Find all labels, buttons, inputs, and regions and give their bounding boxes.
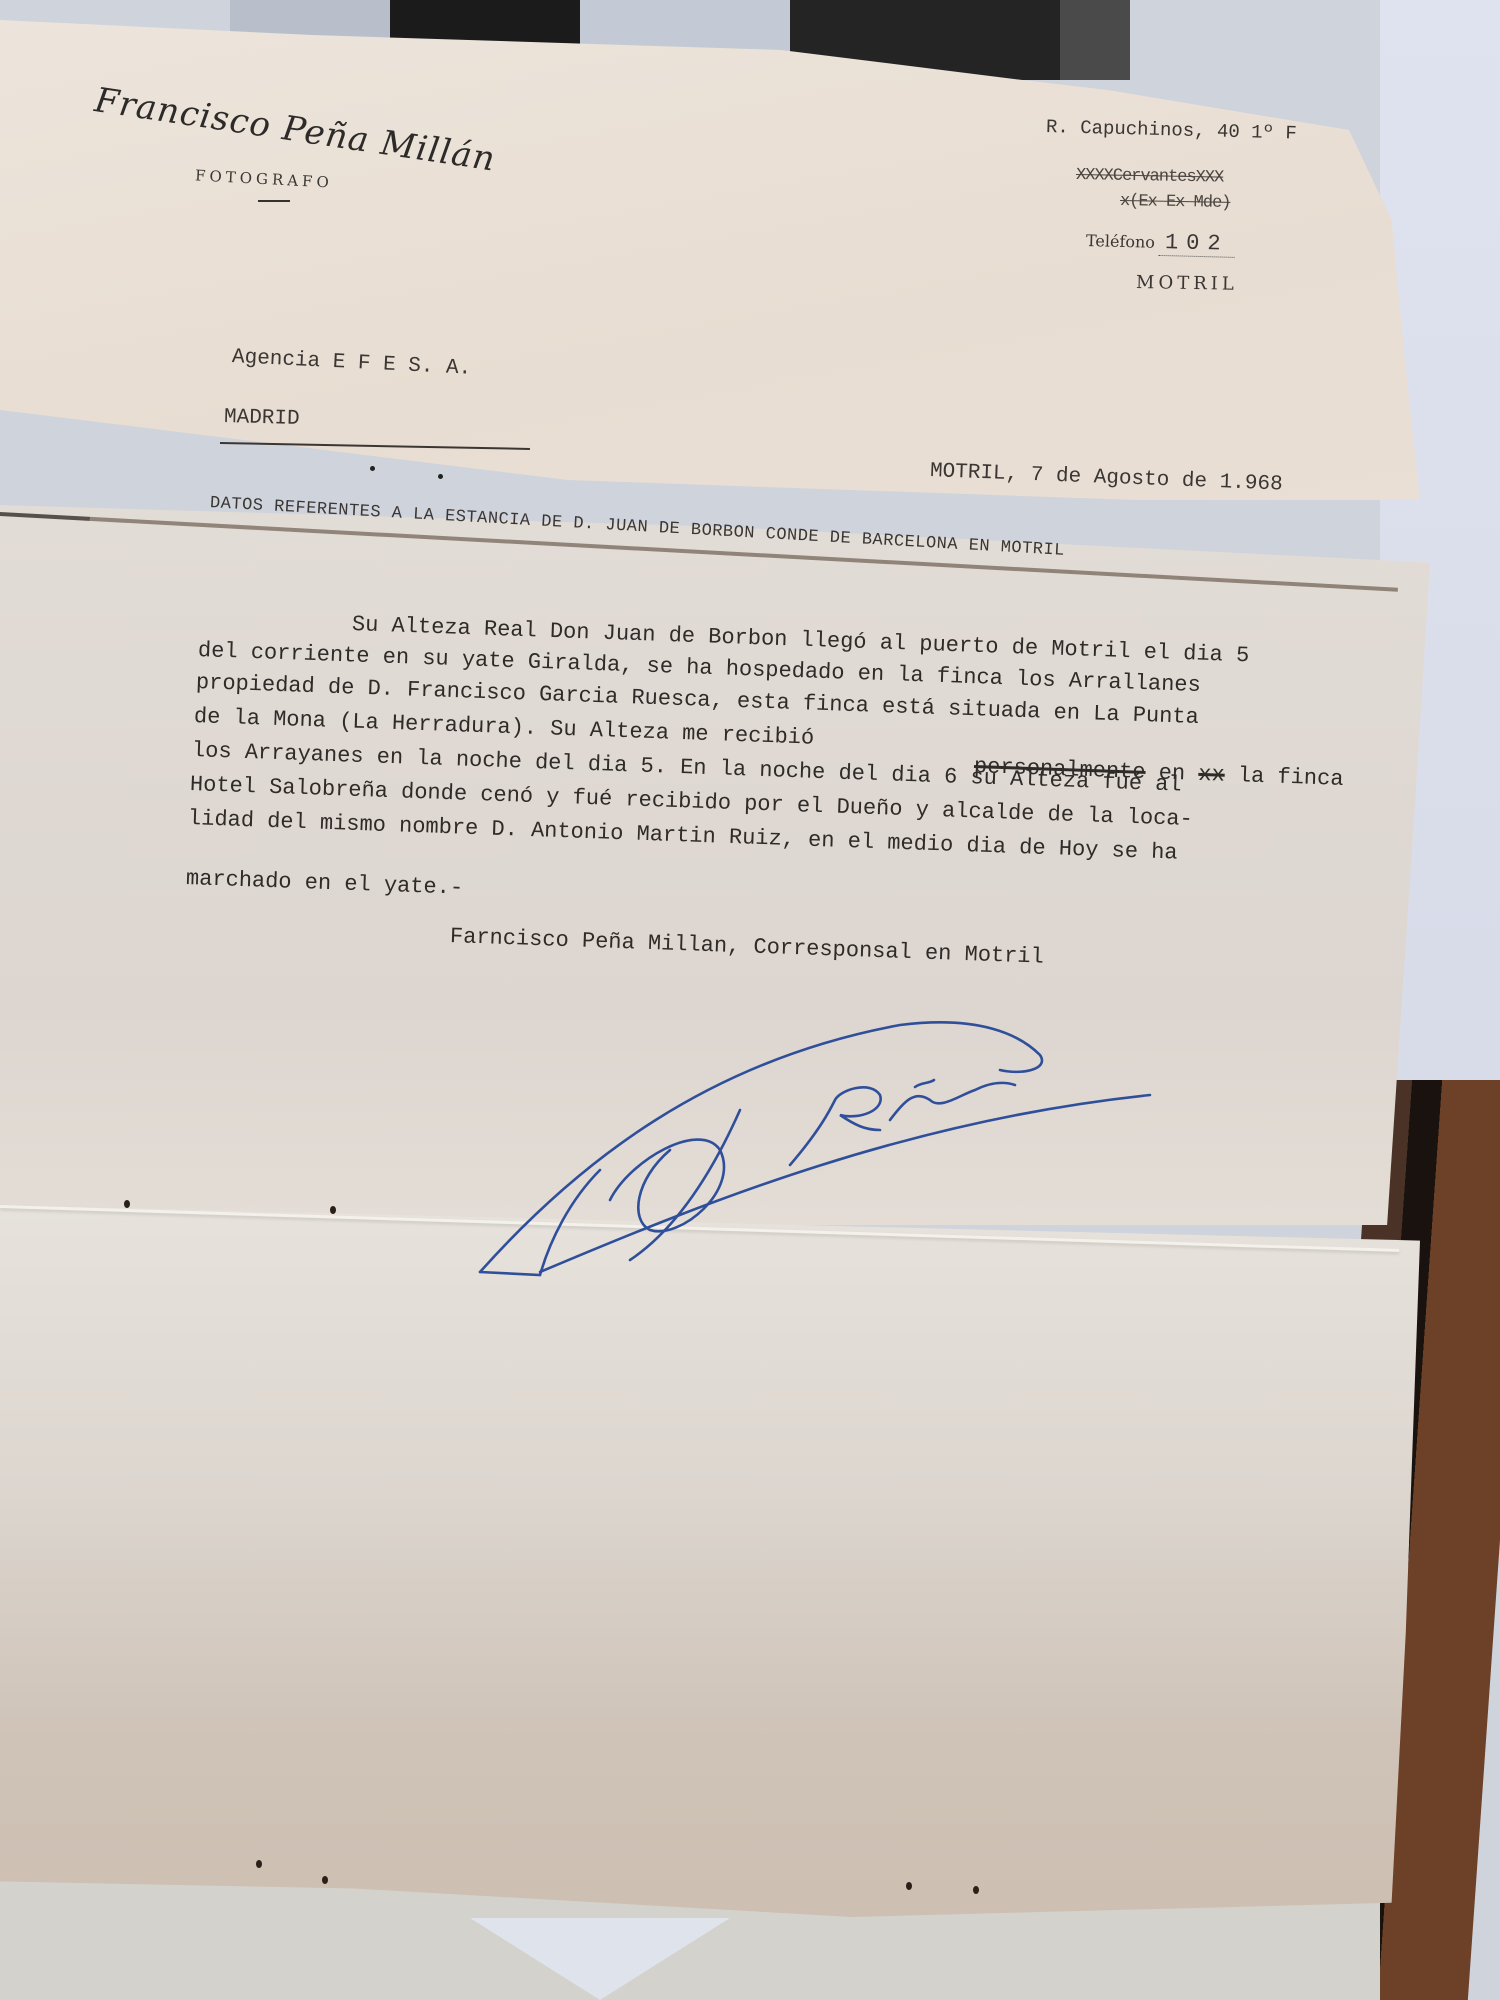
paper-top-panel bbox=[0, 20, 1420, 520]
background-envelope-flap bbox=[470, 1918, 730, 2000]
paper-bottom-panel bbox=[0, 1205, 1420, 1917]
handwritten-signature bbox=[460, 1000, 1160, 1300]
letter: Francisco Peña Millán FOTOGRAFO R. Capuc… bbox=[0, 0, 1500, 2000]
typed-dot bbox=[370, 466, 375, 471]
typed-dot bbox=[438, 474, 443, 479]
